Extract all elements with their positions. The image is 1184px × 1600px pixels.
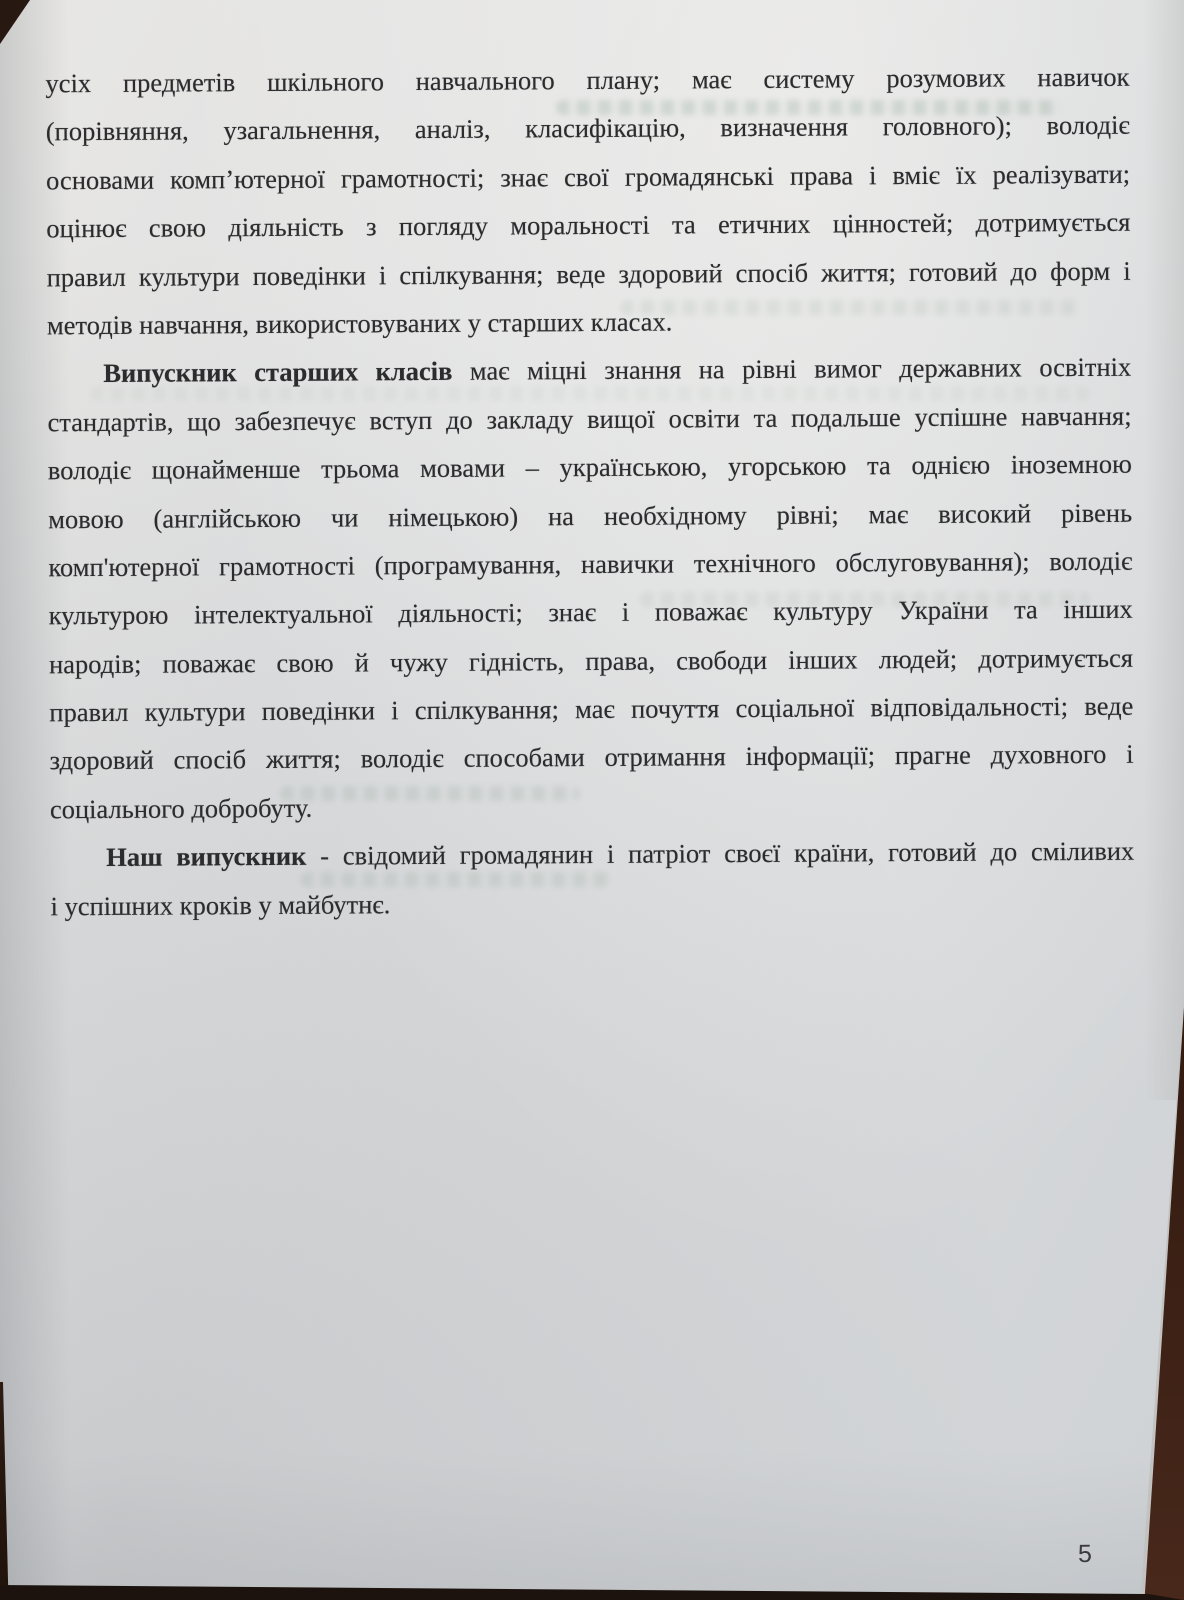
text-line: правил культури поведінки і спілкування;… [49,682,1133,737]
text-line: оцінює свою діяльність з погляду моральн… [46,198,1130,253]
text-line: здоровий спосіб життя; володіє способами… [49,730,1133,785]
paragraph-lead: Випускник старших класів [103,356,452,388]
text-line: культурою інтелектуальної діяльності; зн… [49,585,1133,640]
page-number: 5 [1078,1540,1092,1569]
text-line: мовою (англійською чи німецькою) на необ… [48,488,1132,543]
paragraph-lead-rest: має міцні знання на рівні вимог державни… [452,352,1131,386]
text-line: усіх предметів шкільного навчального пла… [45,53,1129,108]
paragraph-1: усіх предметів шкільного навчального пла… [45,53,1131,350]
paragraph-lead-rest: - свідомий громадянин і патріот своєї кр… [306,836,1134,871]
text-line: основами комп’ютерної грамотності; знає … [46,149,1130,204]
text-line: стандартів, що забезпечує вступ до закла… [47,391,1131,446]
text-line: і успішних кроків у майбутнє. [50,875,1134,930]
text-line: правил культури поведінки і спілкування;… [47,246,1131,301]
text-line: Наш випускник - свідомий громадянин і па… [50,827,1134,882]
text-line: Випускник старших класів має міцні знанн… [47,343,1131,398]
paragraph-lead: Наш випускник [106,841,306,872]
text-line: (порівняння, узагальнення, аналіз, класи… [46,101,1130,156]
text-line: соціального добробуту. [50,779,1134,834]
text-line: володіє щонайменше трьома мовами – украї… [48,440,1132,495]
text-line: комп'ютерної грамотності (програмування,… [48,537,1132,592]
paragraph-3: Наш випускник - свідомий громадянин і па… [50,827,1135,930]
text-line: народів; поважає свою й чужу гідність, п… [49,633,1133,688]
paper-shadow-bottom [0,1450,1184,1600]
document-text: усіх предметів шкільного навчального пла… [45,53,1134,931]
text-line: методів навчання, використовуваних у ста… [47,295,1131,350]
paper-shadow-right [1144,0,1184,1100]
paragraph-2: Випускник старших класів має міцні знанн… [47,343,1134,834]
